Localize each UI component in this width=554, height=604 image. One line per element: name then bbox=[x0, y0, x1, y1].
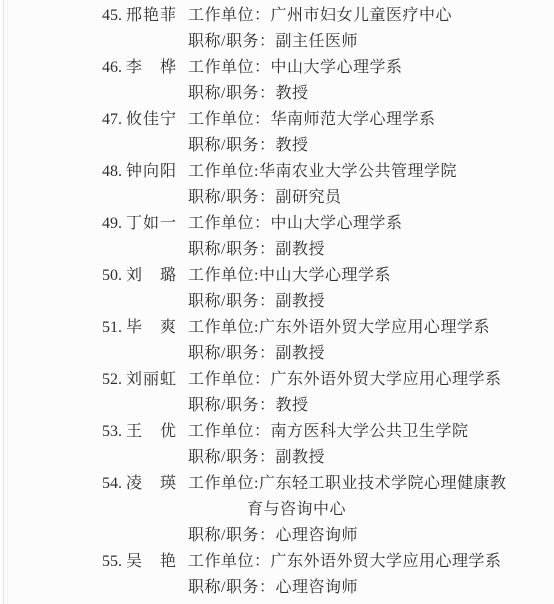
entry-details: 工作单位:中山大学心理学系 职称/职务：副教授 bbox=[188, 263, 391, 315]
entry-number-name: 46. 李 桦 bbox=[102, 55, 188, 81]
entry-number-name: 55. 吴 艳 bbox=[102, 549, 188, 575]
entry-number-name: 50. 刘 璐 bbox=[102, 263, 188, 289]
job-title-label: 职称/职务： bbox=[188, 345, 275, 362]
roster-entry: 47. 攸佳宁 工作单位：华南师范大学心理学系 职称/职务：教授 bbox=[102, 107, 554, 159]
job-title-line: 职称/职务：心理咨询师 bbox=[188, 523, 506, 549]
work-unit-line: 工作单位：华南师范大学心理学系 bbox=[188, 107, 436, 133]
entry-number: 50. bbox=[102, 263, 126, 289]
page-scan-edge-line-2 bbox=[7, 0, 8, 604]
work-unit-label: 工作单位: bbox=[188, 475, 259, 492]
entry-number-name: 54. 凌 瑛 bbox=[102, 471, 188, 497]
job-title-label: 职称/职务： bbox=[188, 449, 275, 466]
entry-details: 工作单位：中山大学心理学系 职称/职务：教授 bbox=[188, 55, 403, 107]
roster-entry: 45. 邢艳菲 工作单位：广州市妇女儿童医疗中心 职称/职务：副主任医师 bbox=[102, 3, 554, 55]
entry-number: 54. bbox=[102, 471, 126, 497]
roster-entry: 54. 凌 瑛 工作单位:广东轻工职业技术学院心理健康教 育与咨询中心 职称/职… bbox=[102, 471, 554, 549]
job-title-value: 副教授 bbox=[275, 449, 325, 466]
work-unit-value: 中山大学心理学系 bbox=[259, 267, 391, 284]
entry-number: 53. bbox=[102, 419, 126, 445]
work-unit-line: 工作单位：广东外语外贸大学应用心理学系 bbox=[188, 549, 502, 575]
entry-details: 工作单位：华南师范大学心理学系 职称/职务：教授 bbox=[188, 107, 436, 159]
work-unit-line: 工作单位:广东轻工职业技术学院心理健康教 bbox=[188, 471, 506, 497]
entry-number: 46. bbox=[102, 55, 126, 81]
work-unit-label: 工作单位： bbox=[188, 215, 271, 232]
job-title-label: 职称/职务： bbox=[188, 397, 275, 414]
roster-entry: 51. 毕 爽 工作单位:广东外语外贸大学应用心理学系 职称/职务：副教授 bbox=[102, 315, 554, 367]
entry-name: 钟向阳 bbox=[126, 159, 188, 185]
work-unit-label: 工作单位: bbox=[188, 267, 259, 284]
work-unit-label: 工作单位： bbox=[188, 7, 271, 24]
job-title-label: 职称/职务： bbox=[188, 579, 275, 596]
entry-details: 工作单位：广东外语外贸大学应用心理学系 职称/职务：心理咨询师 bbox=[188, 549, 502, 601]
work-unit-label: 工作单位： bbox=[188, 553, 271, 570]
job-title-value: 副教授 bbox=[275, 293, 325, 310]
entry-number: 49. bbox=[102, 211, 126, 237]
entry-name: 邢艳菲 bbox=[126, 3, 188, 29]
work-unit-line: 工作单位:中山大学心理学系 bbox=[188, 263, 391, 289]
job-title-label: 职称/职务： bbox=[188, 85, 275, 102]
job-title-line: 职称/职务：副主任医师 bbox=[188, 29, 452, 55]
entry-details: 工作单位：南方医科大学公共卫生学院 职称/职务：副教授 bbox=[188, 419, 469, 471]
entry-number: 55. bbox=[102, 549, 126, 575]
job-title-line: 职称/职务：教授 bbox=[188, 133, 436, 159]
entry-name: 毕 爽 bbox=[126, 315, 188, 341]
entry-number-name: 45. 邢艳菲 bbox=[102, 3, 188, 29]
entry-name: 李 桦 bbox=[126, 55, 188, 81]
job-title-value: 副教授 bbox=[275, 345, 325, 362]
job-title-value: 心理咨询师 bbox=[275, 527, 358, 544]
entry-name: 丁如一 bbox=[126, 211, 188, 237]
work-unit-line: 工作单位：南方医科大学公共卫生学院 bbox=[188, 419, 469, 445]
entry-details: 工作单位:华南农业大学公共管理学院 职称/职务：副研究员 bbox=[188, 159, 457, 211]
work-unit-value: 南方医科大学公共卫生学院 bbox=[271, 423, 469, 440]
job-title-value: 心理咨询师 bbox=[275, 579, 358, 596]
work-unit-value: 广东轻工职业技术学院心理健康教 bbox=[259, 475, 507, 492]
entry-number: 51. bbox=[102, 315, 126, 341]
job-title-line: 职称/职务：副教授 bbox=[188, 341, 490, 367]
job-title-label: 职称/职务： bbox=[188, 527, 275, 544]
entry-name: 刘 璐 bbox=[126, 263, 188, 289]
entry-number-name: 49. 丁如一 bbox=[102, 211, 188, 237]
work-unit-value: 中山大学心理学系 bbox=[271, 59, 403, 76]
roster-entry: 49. 丁如一 工作单位：中山大学心理学系 职称/职务：副教授 bbox=[102, 211, 554, 263]
work-unit-wrap-line: 育与咨询中心 bbox=[247, 497, 506, 523]
entry-name: 刘丽虹 bbox=[126, 367, 188, 393]
entry-number-name: 51. 毕 爽 bbox=[102, 315, 188, 341]
work-unit-label: 工作单位: bbox=[188, 319, 259, 336]
job-title-label: 职称/职务： bbox=[188, 293, 275, 310]
roster-entry: 53. 王 优 工作单位：南方医科大学公共卫生学院 职称/职务：副教授 bbox=[102, 419, 554, 471]
entry-details: 工作单位:广东外语外贸大学应用心理学系 职称/职务：副教授 bbox=[188, 315, 490, 367]
entry-number: 47. bbox=[102, 107, 126, 133]
work-unit-value: 华南师范大学心理学系 bbox=[271, 111, 436, 128]
roster-entry: 46. 李 桦 工作单位：中山大学心理学系 职称/职务：教授 bbox=[102, 55, 554, 107]
job-title-label: 职称/职务： bbox=[188, 137, 275, 154]
job-title-value: 副教授 bbox=[275, 241, 325, 258]
work-unit-value: 广东外语外贸大学应用心理学系 bbox=[271, 371, 502, 388]
entry-number-name: 53. 王 优 bbox=[102, 419, 188, 445]
entry-number-name: 52. 刘丽虹 bbox=[102, 367, 188, 393]
job-title-label: 职称/职务： bbox=[188, 33, 275, 50]
job-title-value: 教授 bbox=[275, 137, 308, 154]
entry-name: 吴 艳 bbox=[126, 549, 188, 575]
entry-number: 52. bbox=[102, 367, 126, 393]
entry-number: 45. bbox=[102, 3, 126, 29]
job-title-line: 职称/职务：教授 bbox=[188, 81, 403, 107]
job-title-value: 副研究员 bbox=[275, 189, 341, 206]
entry-name: 王 优 bbox=[126, 419, 188, 445]
entry-name: 凌 瑛 bbox=[126, 471, 188, 497]
job-title-line: 职称/职务：副教授 bbox=[188, 289, 391, 315]
work-unit-label: 工作单位： bbox=[188, 371, 271, 388]
work-unit-value: 华南农业大学公共管理学院 bbox=[259, 163, 457, 180]
work-unit-value: 中山大学心理学系 bbox=[271, 215, 403, 232]
job-title-line: 职称/职务：副研究员 bbox=[188, 185, 457, 211]
roster-list: 45. 邢艳菲 工作单位：广州市妇女儿童医疗中心 职称/职务：副主任医师 46.… bbox=[0, 0, 554, 601]
work-unit-line: 工作单位：广东外语外贸大学应用心理学系 bbox=[188, 367, 502, 393]
work-unit-label: 工作单位: bbox=[188, 163, 259, 180]
work-unit-label: 工作单位： bbox=[188, 423, 271, 440]
job-title-line: 职称/职务：副教授 bbox=[188, 237, 403, 263]
document-page: 45. 邢艳菲 工作单位：广州市妇女儿童医疗中心 职称/职务：副主任医师 46.… bbox=[0, 0, 554, 604]
entry-details: 工作单位：广州市妇女儿童医疗中心 职称/职务：副主任医师 bbox=[188, 3, 452, 55]
work-unit-line: 工作单位：中山大学心理学系 bbox=[188, 211, 403, 237]
roster-entry: 55. 吴 艳 工作单位：广东外语外贸大学应用心理学系 职称/职务：心理咨询师 bbox=[102, 549, 554, 601]
work-unit-line: 工作单位：中山大学心理学系 bbox=[188, 55, 403, 81]
work-unit-value: 广东外语外贸大学应用心理学系 bbox=[259, 319, 490, 336]
entry-number-name: 47. 攸佳宁 bbox=[102, 107, 188, 133]
work-unit-value: 广东外语外贸大学应用心理学系 bbox=[271, 553, 502, 570]
work-unit-label: 工作单位： bbox=[188, 59, 271, 76]
job-title-line: 职称/职务：心理咨询师 bbox=[188, 575, 502, 601]
entry-number-name: 48. 钟向阳 bbox=[102, 159, 188, 185]
entry-name: 攸佳宁 bbox=[126, 107, 188, 133]
job-title-label: 职称/职务： bbox=[188, 241, 275, 258]
roster-entry: 50. 刘 璐 工作单位:中山大学心理学系 职称/职务：副教授 bbox=[102, 263, 554, 315]
work-unit-line: 工作单位:广东外语外贸大学应用心理学系 bbox=[188, 315, 490, 341]
job-title-label: 职称/职务： bbox=[188, 189, 275, 206]
page-scan-edge-line bbox=[3, 0, 4, 604]
job-title-line: 职称/职务：副教授 bbox=[188, 445, 469, 471]
roster-entry: 48. 钟向阳 工作单位:华南农业大学公共管理学院 职称/职务：副研究员 bbox=[102, 159, 554, 211]
roster-entry: 52. 刘丽虹 工作单位：广东外语外贸大学应用心理学系 职称/职务：教授 bbox=[102, 367, 554, 419]
work-unit-line: 工作单位：广州市妇女儿童医疗中心 bbox=[188, 3, 452, 29]
entry-details: 工作单位：中山大学心理学系 职称/职务：副教授 bbox=[188, 211, 403, 263]
entry-number: 48. bbox=[102, 159, 126, 185]
work-unit-value: 广州市妇女儿童医疗中心 bbox=[271, 7, 453, 24]
work-unit-label: 工作单位： bbox=[188, 111, 271, 128]
work-unit-line: 工作单位:华南农业大学公共管理学院 bbox=[188, 159, 457, 185]
entry-details: 工作单位:广东轻工职业技术学院心理健康教 育与咨询中心 职称/职务：心理咨询师 bbox=[188, 471, 506, 549]
job-title-value: 教授 bbox=[275, 85, 308, 102]
job-title-line: 职称/职务：教授 bbox=[188, 393, 502, 419]
job-title-value: 副主任医师 bbox=[275, 33, 358, 50]
job-title-value: 教授 bbox=[275, 397, 308, 414]
entry-details: 工作单位：广东外语外贸大学应用心理学系 职称/职务：教授 bbox=[188, 367, 502, 419]
